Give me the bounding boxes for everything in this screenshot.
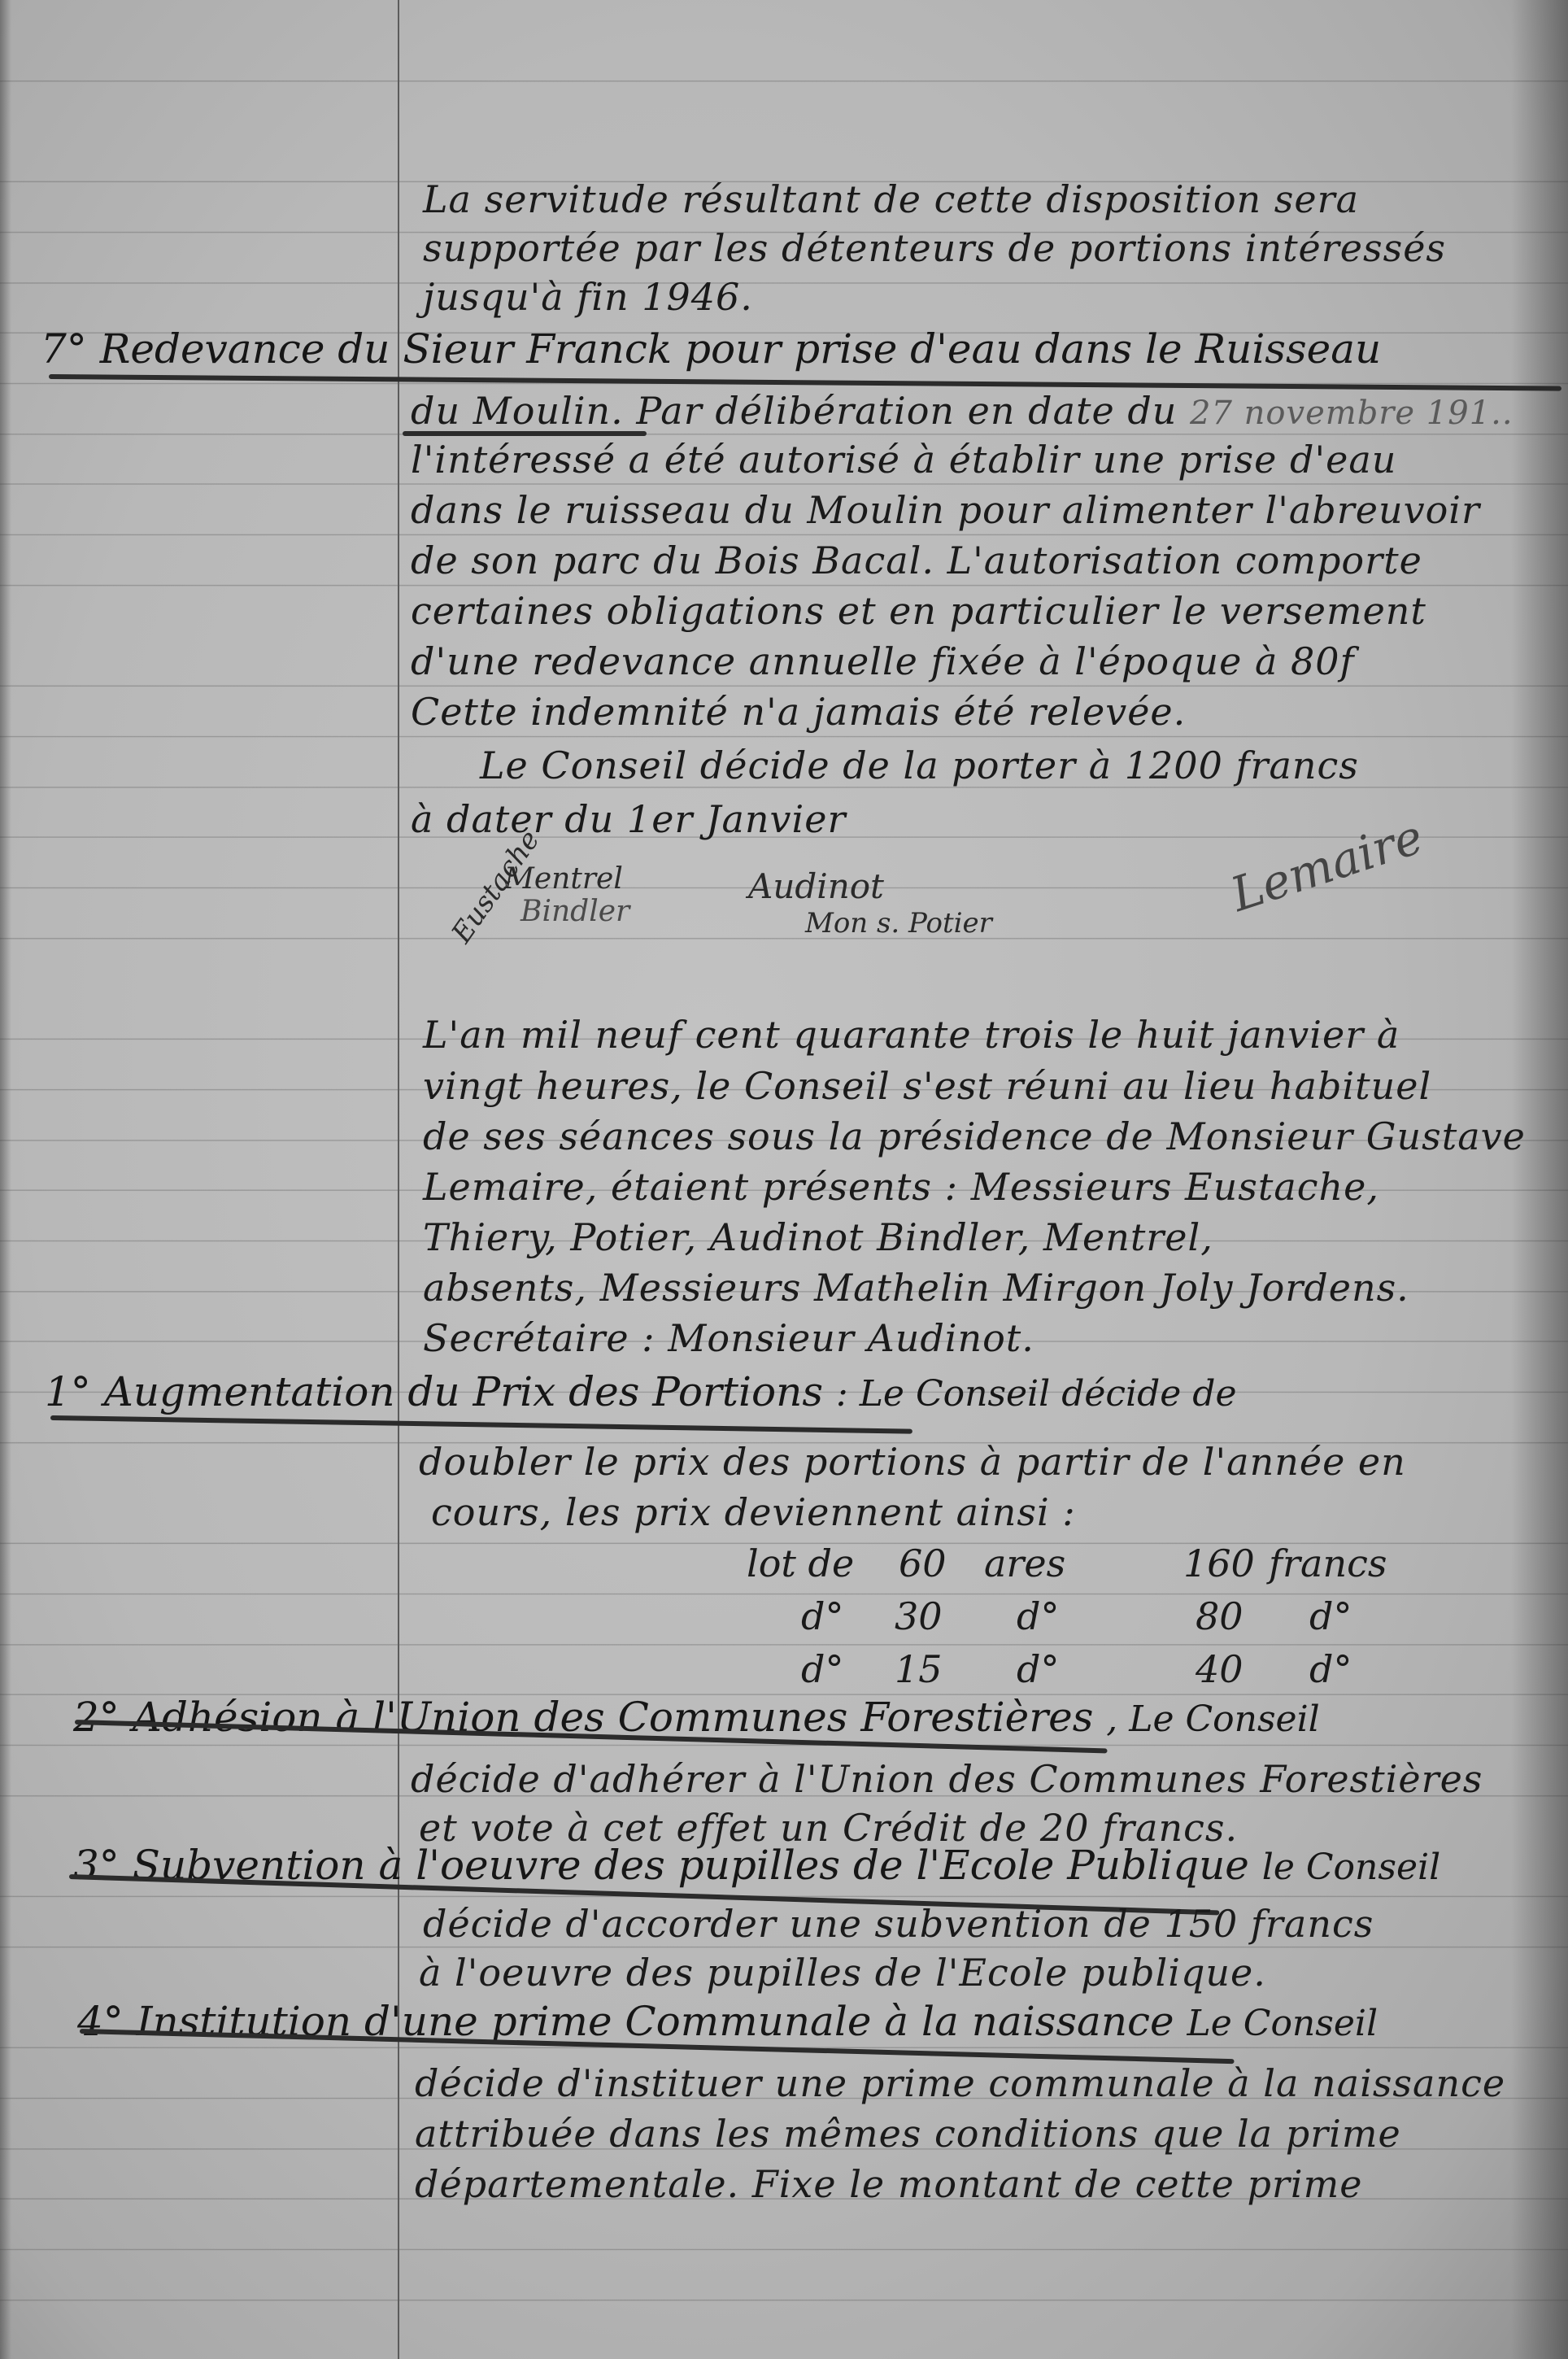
text-line: de son parc du Bois Bacal. L'autorisatio… bbox=[411, 539, 1422, 582]
item-title: Augmentation du Prix des Portions bbox=[104, 1368, 823, 1415]
table-cell: d° bbox=[1017, 1647, 1059, 1691]
item-title: Redevance du Sieur Franck pour prise d'e… bbox=[100, 325, 1382, 373]
item-1-heading: 1° Augmentation du Prix des Portions : L… bbox=[45, 1368, 1237, 1415]
table-cell: d° bbox=[1309, 1594, 1352, 1638]
text-line: Secrétaire : Monsieur Audinot. bbox=[423, 1316, 1034, 1360]
table-cell: 60 bbox=[899, 1541, 947, 1585]
item-7-heading: 7° Redevance du Sieur Franck pour prise … bbox=[41, 325, 1381, 373]
text-line: cours, les prix deviennent ainsi : bbox=[431, 1490, 1076, 1534]
text-line: décide d'accorder une subvention de 150 … bbox=[423, 1902, 1374, 1946]
text-line: La servitude résultant de cette disposit… bbox=[423, 177, 1359, 221]
item-number: 4° bbox=[77, 1998, 124, 2045]
text-line: de ses séances sous la présidence de Mon… bbox=[423, 1114, 1526, 1158]
text-line: Le Conseil bbox=[1187, 2003, 1379, 2044]
text-line: vingt heures, le Conseil s'est réuni au … bbox=[423, 1064, 1431, 1108]
signature: Bindler bbox=[520, 895, 629, 928]
text-line: , Le Conseil bbox=[1106, 1698, 1319, 1740]
item-2-heading: 2° Adhésion à l'Union des Communes Fores… bbox=[73, 1694, 1320, 1741]
text-line: Thiery, Potier, Audinot Bindler, Mentrel… bbox=[423, 1215, 1213, 1259]
table-cell: d° bbox=[801, 1594, 843, 1638]
table-cell: 30 bbox=[895, 1594, 943, 1638]
text-line: le Conseil bbox=[1262, 1847, 1440, 1888]
signature: Audinot bbox=[748, 866, 884, 906]
table-cell: 80 bbox=[1196, 1594, 1244, 1638]
text-line: départementale. Fixe le montant de cette… bbox=[415, 2162, 1362, 2206]
text-line: Le Conseil décide de la porter à 1200 fr… bbox=[480, 743, 1359, 787]
register-page: La servitude résultant de cette disposit… bbox=[0, 0, 1568, 2359]
item-number: 7° bbox=[41, 325, 87, 373]
text-line: L'an mil neuf cent quarante trois le hui… bbox=[423, 1013, 1400, 1057]
signature: Mentrel bbox=[504, 862, 623, 896]
item-number: 2° bbox=[73, 1694, 120, 1741]
table-cell: francs bbox=[1269, 1541, 1387, 1585]
table-cell: 160 bbox=[1183, 1541, 1255, 1585]
text-line: décide d'adhérer à l'Union des Communes … bbox=[411, 1757, 1483, 1801]
table-cell: 15 bbox=[895, 1647, 943, 1691]
pencil-date-annotation: 27 novembre 191.. bbox=[1190, 395, 1514, 432]
signature: Mon s. Potier bbox=[805, 907, 992, 940]
table-cell: lot de bbox=[747, 1541, 854, 1585]
text-line: Lemaire, étaient présents : Messieurs Eu… bbox=[423, 1165, 1379, 1209]
item-number: 1° bbox=[45, 1368, 91, 1415]
text-line: Cette indemnité n'a jamais été relevée. bbox=[411, 690, 1186, 734]
table-cell: d° bbox=[1309, 1647, 1352, 1691]
page-edge-shadow bbox=[0, 0, 11, 2359]
text-line: supportée par les détenteurs de portions… bbox=[423, 226, 1446, 270]
text-line: à l'oeuvre des pupilles de l'Ecole publi… bbox=[419, 1951, 1266, 1995]
text-line: l'intéressé a été autorisé à établir une… bbox=[411, 438, 1396, 482]
text-line: d'une redevance annuelle fixée à l'époqu… bbox=[411, 639, 1355, 683]
table-cell: ares bbox=[984, 1541, 1065, 1585]
item-7-line: du Moulin. Par délibération en date du 2… bbox=[411, 389, 1514, 433]
text-line: doubler le prix des portions à partir de… bbox=[419, 1440, 1406, 1484]
page-edge-shadow bbox=[1511, 0, 1568, 2359]
text-line: : Le Conseil décide de bbox=[836, 1373, 1237, 1415]
table-cell: d° bbox=[1017, 1594, 1059, 1638]
item-title-cont: du Moulin bbox=[411, 389, 611, 433]
text-line: dans le ruisseau du Moulin pour alimente… bbox=[411, 488, 1480, 532]
text-line: . Par délibération en date du bbox=[611, 389, 1177, 433]
text-line: absents, Messieurs Mathelin Mirgon Joly … bbox=[423, 1266, 1409, 1310]
text-line: jusqu'à fin 1946. bbox=[423, 275, 753, 319]
table-cell: 40 bbox=[1196, 1647, 1244, 1691]
text-line: décide d'instituer une prime communale à… bbox=[415, 2061, 1505, 2105]
text-line: attribuée dans les mêmes conditions que … bbox=[415, 2112, 1401, 2156]
table-cell: d° bbox=[801, 1647, 843, 1691]
item-number: 3° bbox=[73, 1842, 120, 1889]
text-line: certaines obligations et en particulier … bbox=[411, 589, 1426, 633]
heading-underline bbox=[403, 431, 647, 436]
text-line: à dater du 1er Janvier bbox=[411, 797, 846, 841]
item-title: Adhésion à l'Union des Communes Forestiè… bbox=[133, 1694, 1094, 1741]
